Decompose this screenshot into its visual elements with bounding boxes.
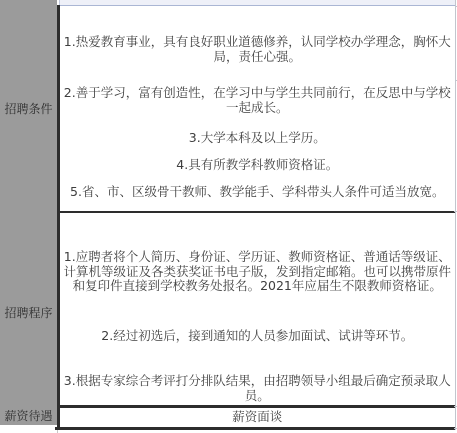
procedure-item-3: 3.根据专家综合考评打分排队结果，由招聘领导小组最后确定预录取人员。 [60, 374, 456, 403]
row-label-recruit-conditions: 招聘条件 [0, 102, 57, 117]
row-label-salary: 薪资待遇 [0, 409, 57, 424]
condition-item-4: 4.具有所教学科教师资格证。 [60, 158, 456, 173]
recruitment-table: 招聘条件 招聘程序 薪资待遇 1.热爱教育事业，具有良好职业道德修养，认同学校办… [0, 0, 457, 433]
procedure-item-1: 1.应聘者将个人简历、身份证、学历证、教师资格证、普通话等级证、计算机等级证及各… [60, 250, 456, 294]
table-bottom-border [55, 427, 455, 430]
condition-item-2: 2.善于学习，富有创造性，在学习中与学生共同前行，在反思中与学校一起成长。 [60, 86, 456, 115]
condition-item-1: 1.热爱教育事业，具有良好职业道德修养，认同学校办学理念，胸怀大局，责任心强。 [60, 35, 456, 64]
sheet-gridline-below [57, 430, 58, 433]
row-header-column: 招聘条件 招聘程序 薪资待遇 [0, 0, 57, 425]
procedure-item-2: 2.经过初选后，接到通知的人员参加面试、试讲等环节。 [60, 329, 456, 344]
row-label-recruit-procedure: 招聘程序 [0, 306, 57, 321]
condition-item-5: 5.省、市、区级骨干教师、教学能手、学科带头人条件可适当放宽。 [60, 185, 456, 200]
salary-value: 薪资面谈 [60, 410, 456, 425]
condition-item-3: 3.大学本科及以上学历。 [60, 131, 456, 146]
recruit-conditions-cell: 1.热爱教育事业，具有良好职业道德修养，认同学校办学理念，胸怀大局，责任心强。 … [60, 6, 456, 211]
recruit-procedure-cell: 1.应聘者将个人简历、身份证、学历证、教师资格证、普通话等级证、计算机等级证及各… [60, 213, 456, 405]
salary-cell: 薪资面谈 [60, 408, 456, 428]
